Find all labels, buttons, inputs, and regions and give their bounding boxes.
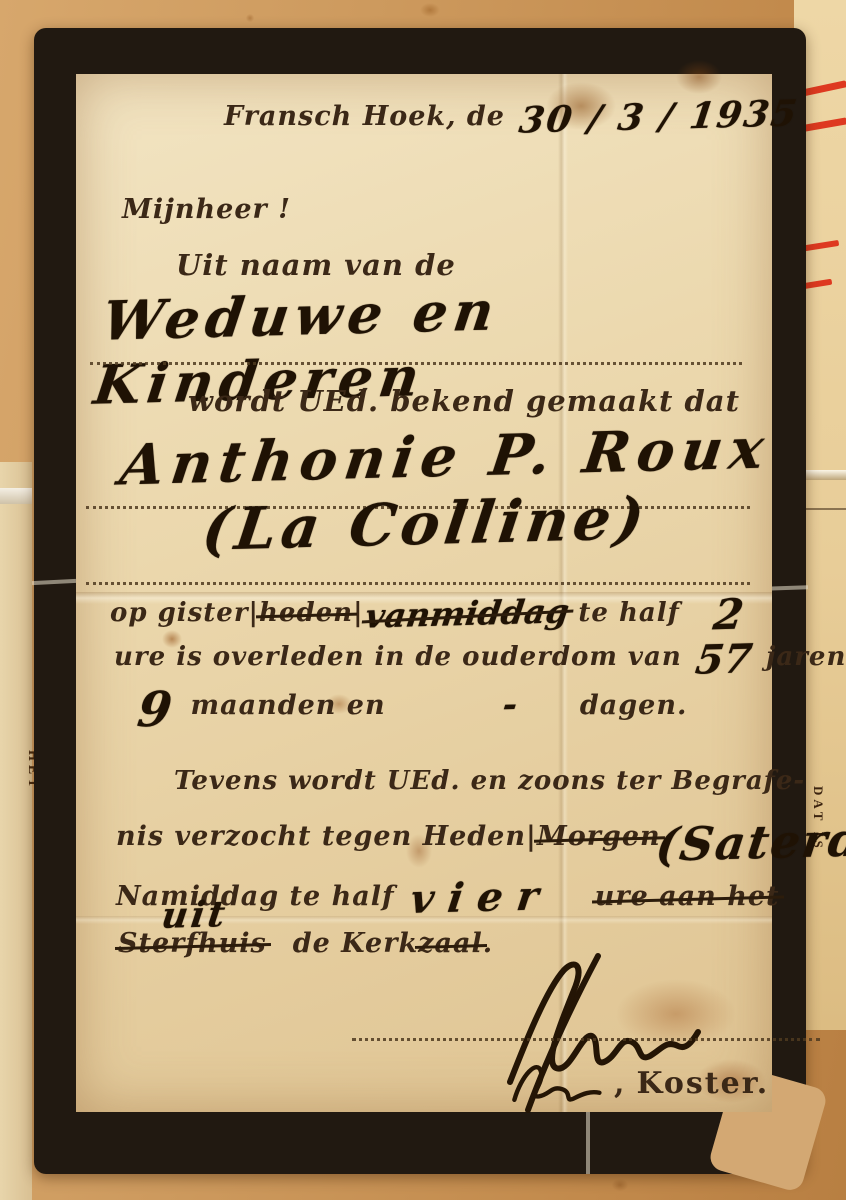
invitation-line-1: Tevens wordt UEd. en zoons ter Begrafe- (174, 766, 805, 796)
signoff-comma: , (614, 1066, 626, 1101)
announcement-line: wordt UEd. bekend gemaakt dat (188, 384, 740, 418)
time-prefix: op gister (110, 598, 249, 628)
invitation-line-2: nis verzocht tegen Heden|Morgen(Saterdag… (116, 814, 846, 868)
struck-heden: heden (259, 598, 353, 628)
age-after: jaren, (766, 642, 846, 672)
months-label: maanden en (191, 690, 386, 721)
signoff-line: , Koster. (504, 1052, 769, 1114)
stain (676, 60, 722, 94)
salutation: Mijnheer ! (122, 194, 291, 225)
handwritten-hour: 2 (711, 590, 747, 640)
days-label: dagen. (580, 690, 687, 721)
dotted-rule (90, 362, 742, 365)
pro-scrawl (504, 1052, 608, 1114)
struck-ure-aan-het: ure aan het (595, 881, 780, 912)
handwritten-residence: (La Colline) (199, 484, 653, 564)
handwritten-deceased-name: Anthonie P. Roux (116, 416, 774, 499)
namiddag-label: Namiddag te half (116, 881, 395, 912)
uit-naam-line: Uit naam van de (176, 248, 456, 282)
age-line: ure is overleden in de ouderdom van 57 j… (114, 636, 846, 683)
handwritten-months: 9 (134, 682, 175, 739)
border-crack (586, 1112, 590, 1174)
notice-paper: Fransch Hoek, de 30 / 3 / 1935 Mijnheer … (76, 74, 772, 1112)
duration-line: 9 maanden en - dagen. (138, 682, 687, 738)
handwritten-days: - (500, 685, 519, 725)
paper-edge-highlight (0, 488, 32, 504)
struck-zaal: zaal (418, 928, 483, 959)
mourning-card: Fransch Hoek, de 30 / 3 / 1935 Mijnheer … (34, 28, 806, 1174)
dotted-rule (352, 1038, 820, 1041)
uit-naam-label: Uit naam van de (176, 248, 456, 282)
invitation-text-1: Tevens wordt UEd. en zoons ter Begrafe- (174, 766, 805, 796)
invitation-text-2: nis verzocht tegen Heden (116, 821, 526, 852)
struck-morgen: Morgen (537, 821, 661, 852)
separator-bar: | (526, 821, 537, 852)
age-before: ure is overleden in de ouderdom van (114, 642, 682, 672)
handwritten-age: 57 (693, 635, 755, 683)
handwritten-saterdag: (Saterdag) (652, 810, 846, 872)
time-of-death-line: op gister|heden|vanmiddag te half 2 (110, 590, 743, 639)
te-half-label: te half (578, 598, 679, 628)
salutation-line: Mijnheer ! (122, 194, 291, 225)
separator-bar: | (249, 598, 259, 628)
dotted-rule (86, 582, 750, 585)
handwritten-vier: vier (408, 872, 556, 923)
kerk-label: de Kerk (293, 928, 418, 959)
struck-sterfhuis: Sterfhuis (118, 928, 267, 959)
handwritten-date: 30 / 3 / 1935 (517, 92, 801, 141)
invitation-line-4: Sterfhuisde Kerkzaal. (118, 928, 493, 959)
photo-of-death-notice: GEDRUKT VOOR HET DAT IS Fransch Hoek, de… (0, 0, 846, 1200)
place-label: Fransch Hoek, de (224, 101, 505, 132)
border-crack (32, 579, 76, 585)
koster-label: Koster. (636, 1066, 769, 1101)
handwritten-overwrite: vanmiddag (363, 591, 572, 635)
paper-edge-line (800, 508, 846, 510)
announcement-label: wordt UEd. bekend gemaakt dat (188, 384, 740, 418)
dateline: Fransch Hoek, de 30 / 3 / 1935 (224, 96, 798, 138)
